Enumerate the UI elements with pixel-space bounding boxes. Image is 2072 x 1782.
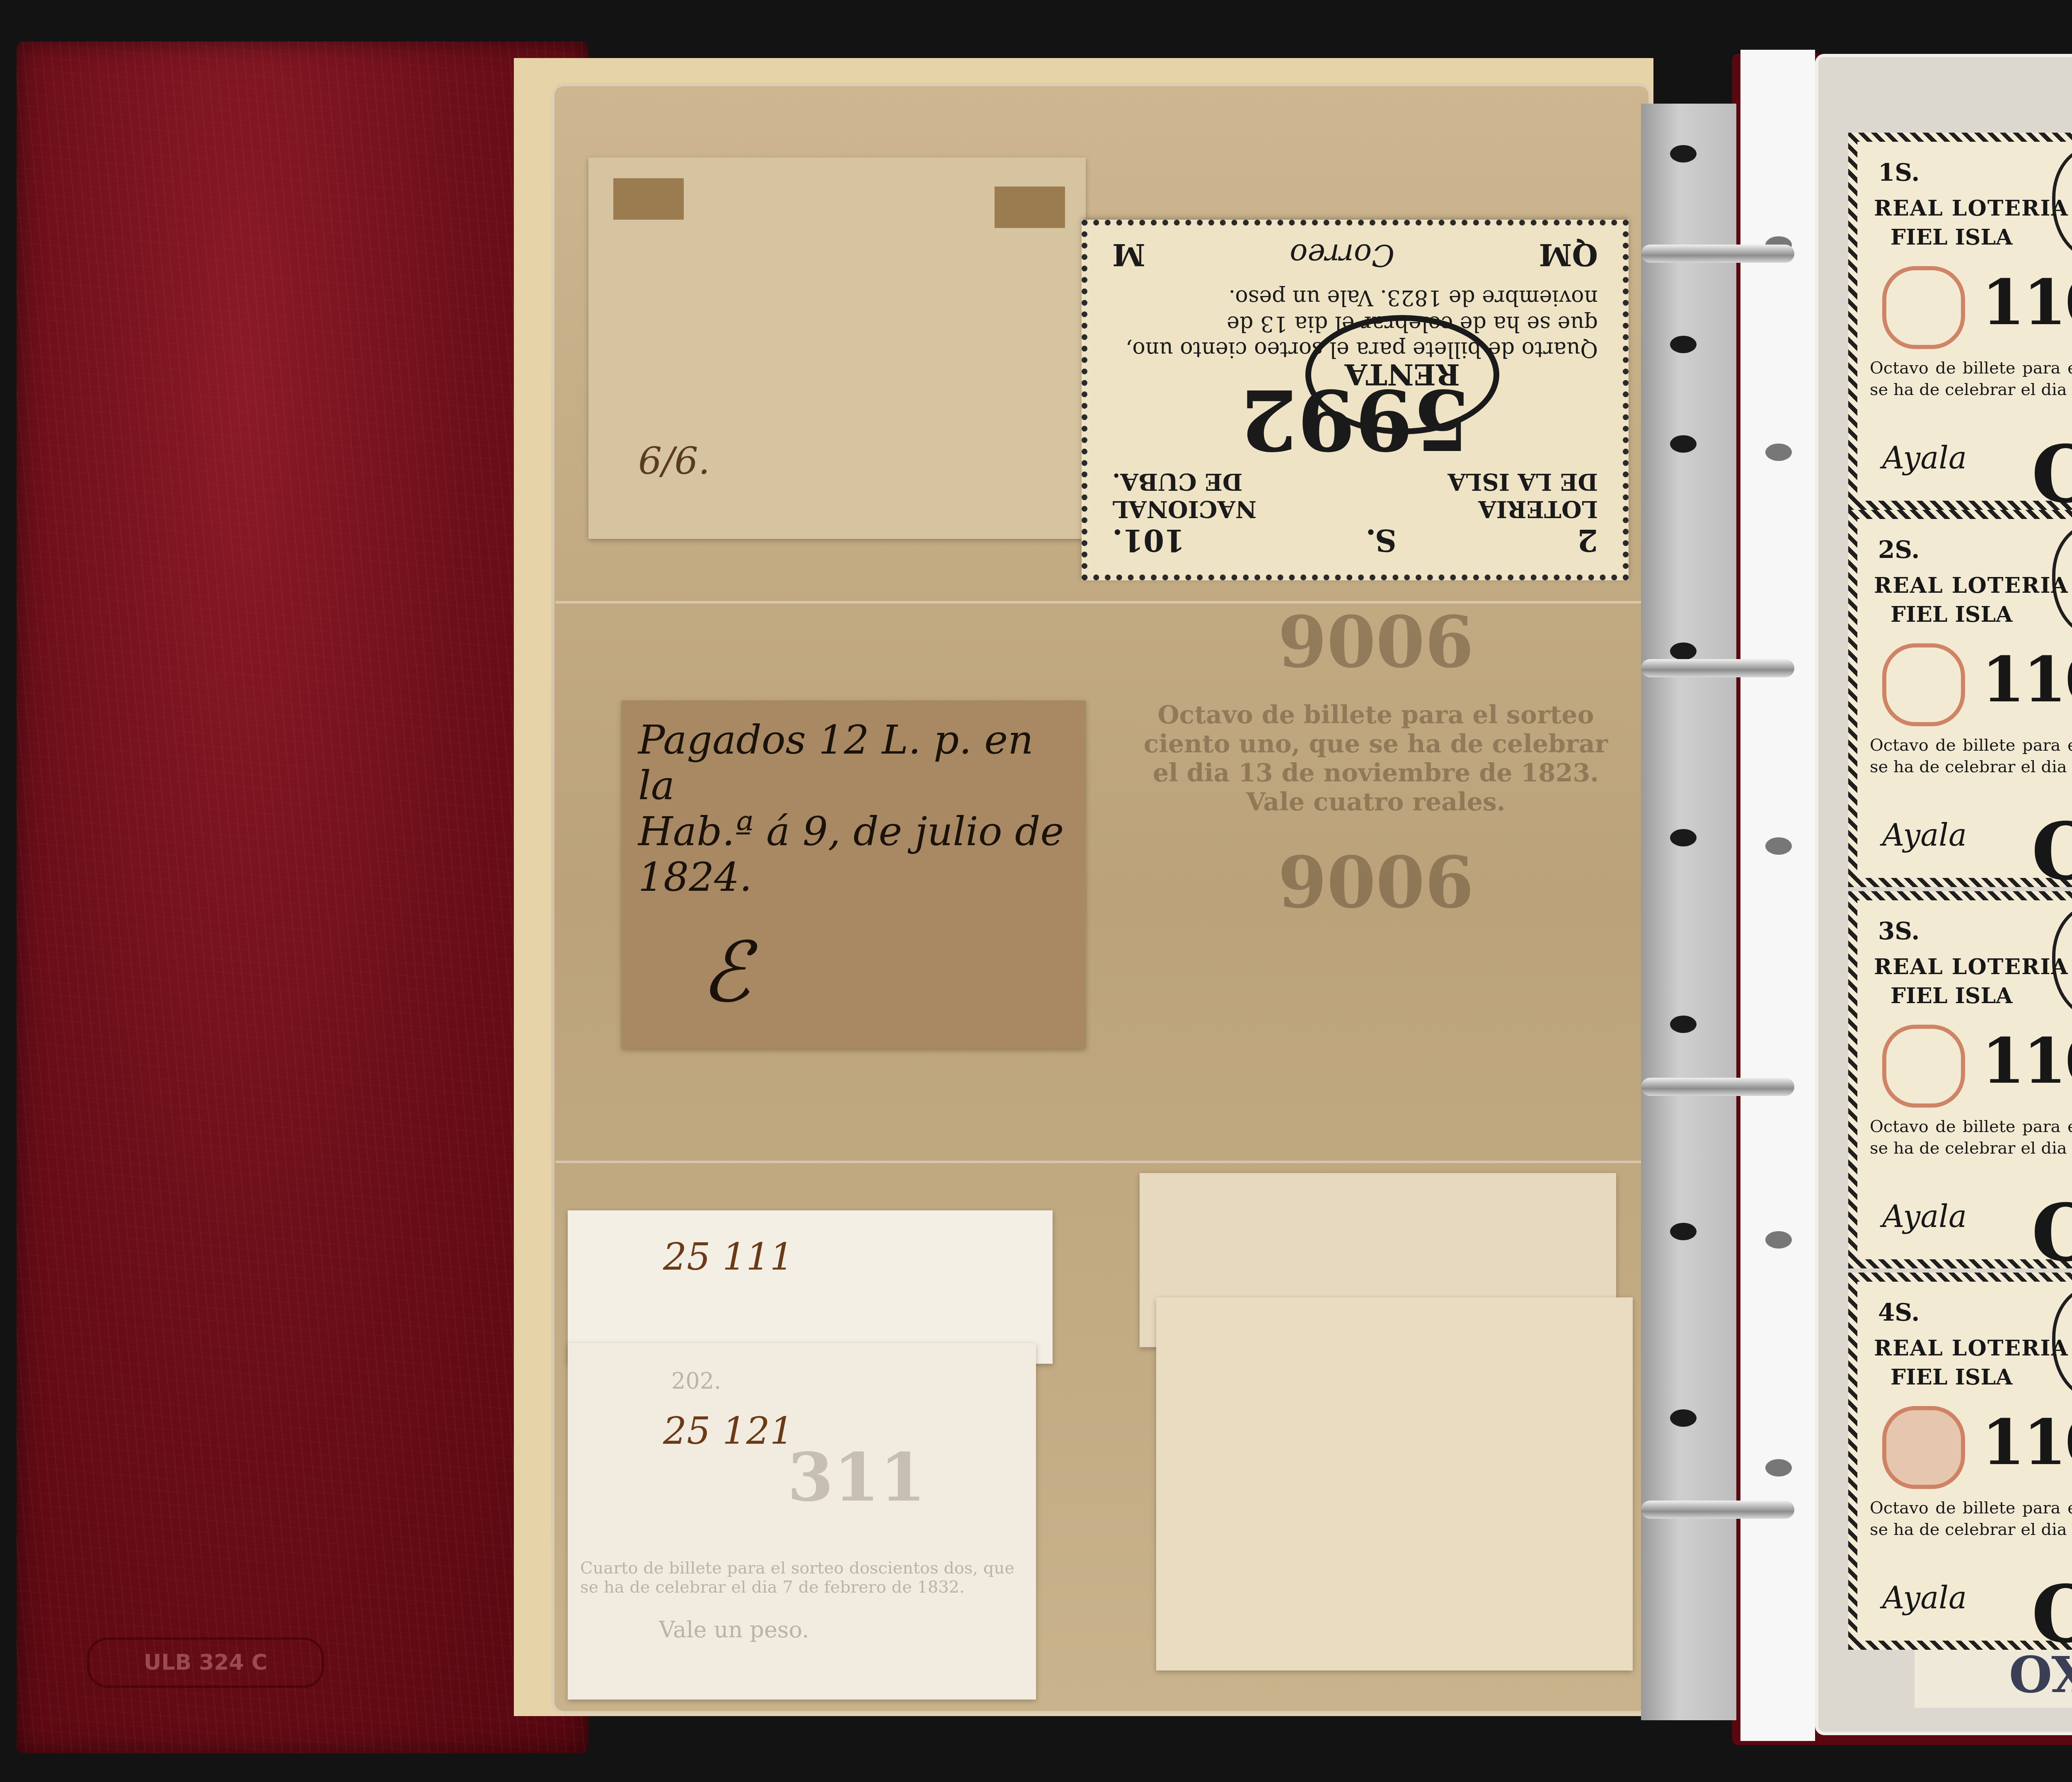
punch-hole <box>1670 1016 1697 1033</box>
red-seal-icon <box>1882 643 1965 726</box>
punch-hole <box>1765 837 1792 855</box>
binder-spine-strip <box>1641 104 1736 1720</box>
signature: Ayala <box>1882 1199 1967 1234</box>
lottery-ticket: 3S.201. REAL LOTERIADE LA SIEMPRE FIEL I… <box>1848 891 2072 1268</box>
ticket-number: 11063 <box>1982 266 2072 339</box>
lottery-ticket: 2S.201. REAL LOTERIADE LA SIEMPRE FIEL I… <box>1848 510 2072 887</box>
punch-hole <box>1670 435 1697 453</box>
binder-ring <box>1641 659 1794 677</box>
ticket-number: 11063 <box>1982 643 2072 716</box>
rubric-signature: ℰ <box>700 925 1069 1021</box>
ghost-number-311: 311 <box>787 1438 926 1516</box>
lower-left-ticket-back-1: 25 111 <box>568 1210 1053 1364</box>
ticket-number: 11063 <box>1982 1025 2072 1098</box>
ghost-ticket-9006: 9006 Octavo de billete para el sorteo ci… <box>1127 601 1624 1161</box>
stamp-hinge <box>613 178 684 220</box>
red-seal-icon <box>1882 1406 1965 1489</box>
emblem-text: ULB 324 C <box>144 1650 267 1675</box>
punch-hole <box>1670 829 1697 846</box>
signature: Ayala <box>1882 440 1967 476</box>
cover-maker-emblem: ULB 324 C <box>87 1637 324 1688</box>
punch-hole <box>1765 1231 1792 1249</box>
stamp-hinge <box>995 187 1065 228</box>
right-sleeve-binding-strip <box>1740 50 1815 1741</box>
renta-postmark-stamp: RENTA <box>1305 315 1499 434</box>
punch-hole <box>1765 1459 1792 1477</box>
ticket-number: 11063 <box>1982 1406 2072 1479</box>
punch-hole <box>1670 145 1697 162</box>
lower-left-ticket-back-2: 202. 25 121 Cuarto de billete para el so… <box>568 1343 1036 1700</box>
album-front-cover <box>17 41 588 1753</box>
signature: Ayala <box>1882 1580 1967 1616</box>
sleeve-pocket-divider <box>555 1161 1641 1163</box>
punch-hole <box>1670 1223 1697 1240</box>
lower-right-folded-paper-2 <box>1156 1297 1633 1670</box>
lottery-ticket: 4S.201. REAL LOTERIADE LA SIEMPRE FIEL I… <box>1848 1273 2072 1650</box>
binder-ring <box>1641 245 1794 263</box>
lottery-ticket: 1S.201. REAL LOTERIADE LA SIEMPRE FIEL I… <box>1848 133 2072 510</box>
leather-texture <box>17 41 588 1753</box>
binder-ring <box>1641 1078 1794 1096</box>
punch-hole <box>1765 444 1792 461</box>
punch-hole <box>1670 1409 1697 1427</box>
pagados-receipt-document: Pagados 12 L. p. en la Hab.ª á 9, de jul… <box>622 701 1086 1049</box>
punch-hole <box>1670 642 1697 660</box>
upper-left-document-back: 6/6. <box>588 158 1086 539</box>
red-seal-icon <box>1882 1025 1965 1108</box>
signature: Ayala <box>1882 817 1967 853</box>
binder-ring <box>1641 1501 1794 1519</box>
red-seal-icon <box>1882 266 1965 349</box>
punch-hole <box>1670 336 1697 353</box>
